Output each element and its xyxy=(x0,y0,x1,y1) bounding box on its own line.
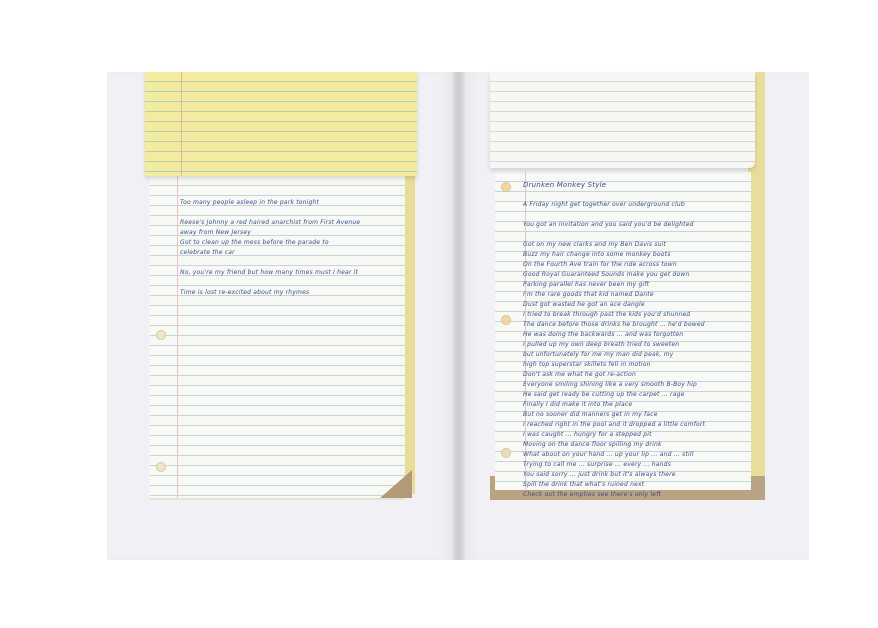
folded-yellow-sheet xyxy=(145,72,417,176)
lyric-line: I tried to break through past the kids y… xyxy=(523,310,705,320)
lyric-line: but unfortunately for me my man did peak… xyxy=(523,350,705,360)
book-gutter xyxy=(453,72,465,560)
lyric-line: You said sorry ... just drink but it's a… xyxy=(523,470,705,480)
open-book-spread: Too many people asleep in the park tonig… xyxy=(107,72,809,560)
lyric-line: On the Fourth Ave train for the ride acr… xyxy=(523,260,705,270)
lyric-line: Dust got wasted he got an ace dangle xyxy=(523,300,705,310)
lyric-line: Buzz my hair change into some monkey boo… xyxy=(523,250,705,260)
lyric-line: Don't ask me what he got re-action xyxy=(523,370,705,380)
left-legal-pad: Too many people asleep in the park tonig… xyxy=(145,72,417,502)
right-legal-pad: Drunken Monkey Style A Friday night get … xyxy=(490,72,770,502)
left-handwritten-lyrics: Too many people asleep in the park tonig… xyxy=(180,198,360,298)
lyric-line: Parking parallel has never been my gift xyxy=(523,280,705,290)
folded-white-sheet xyxy=(490,72,755,168)
lyric-line: I was caught ... hungry for a stepped pi… xyxy=(523,430,705,440)
right-lined-sheet: Drunken Monkey Style A Friday night get … xyxy=(495,172,751,490)
lyric-line: The dance before those drinks he brought… xyxy=(523,320,705,330)
lyric-line: Got to clean up the mess before the para… xyxy=(180,238,360,248)
lyric-line: No, you're my friend but how many times … xyxy=(180,268,360,278)
lyric-title: Drunken Monkey Style xyxy=(523,180,705,190)
lyric-line: Good Royal Guaranteed Sounds make you ge… xyxy=(523,270,705,280)
punch-hole xyxy=(501,448,511,458)
lyric-line: Trying to call me ... surprise ... every… xyxy=(523,460,705,470)
lyric-line: What about on your hand ... up your lip … xyxy=(523,450,705,460)
lyric-line: Everyone smiling shining like a very smo… xyxy=(523,380,705,390)
lyric-line: high top superstar skillets fell in moti… xyxy=(523,360,705,370)
left-lined-sheet: Too many people asleep in the park tonig… xyxy=(150,176,405,500)
lyric-line: He was doing the backwards ... and was f… xyxy=(523,330,705,340)
lyric-line: Check out the empties see there's only l… xyxy=(523,490,705,500)
lyric-line: Time is lost re-excited about my rhymes xyxy=(180,288,360,298)
lyric-line: Too many people asleep in the park tonig… xyxy=(180,198,360,208)
lyric-line: Got on my new clarks and my Ben Davis su… xyxy=(523,240,705,250)
lyric-line: Spill the drink that what's ruined next xyxy=(523,480,705,490)
lyric-line: But no sooner did manners get in my face xyxy=(523,410,705,420)
punch-hole xyxy=(156,462,166,472)
lyric-line: You got an invitation and you said you'd… xyxy=(523,220,705,230)
lyric-line: celebrate the car xyxy=(180,248,360,258)
lyric-line: Moving on the dance floor spilling my dr… xyxy=(523,440,705,450)
punch-hole xyxy=(501,182,511,192)
right-handwritten-lyrics: Drunken Monkey Style A Friday night get … xyxy=(523,180,705,500)
punch-hole xyxy=(156,330,166,340)
lyric-line: Reese's Johnny a red haired anarchist fr… xyxy=(180,218,360,228)
lyric-line: He said get ready be cutting up the carp… xyxy=(523,390,705,400)
lyric-line: I'm the rare goods that kid named Dante xyxy=(523,290,705,300)
lyric-line: A Friday night get together over undergr… xyxy=(523,200,705,210)
punch-hole xyxy=(501,315,511,325)
lyric-line: Finally I did make it into the place xyxy=(523,400,705,410)
lyric-line: I pulled up my own deep breath tried to … xyxy=(523,340,705,350)
margin-line xyxy=(177,176,178,498)
lyric-line: I reached right in the pool and it dropp… xyxy=(523,420,705,430)
lyric-line: away from New Jersey xyxy=(180,228,360,238)
